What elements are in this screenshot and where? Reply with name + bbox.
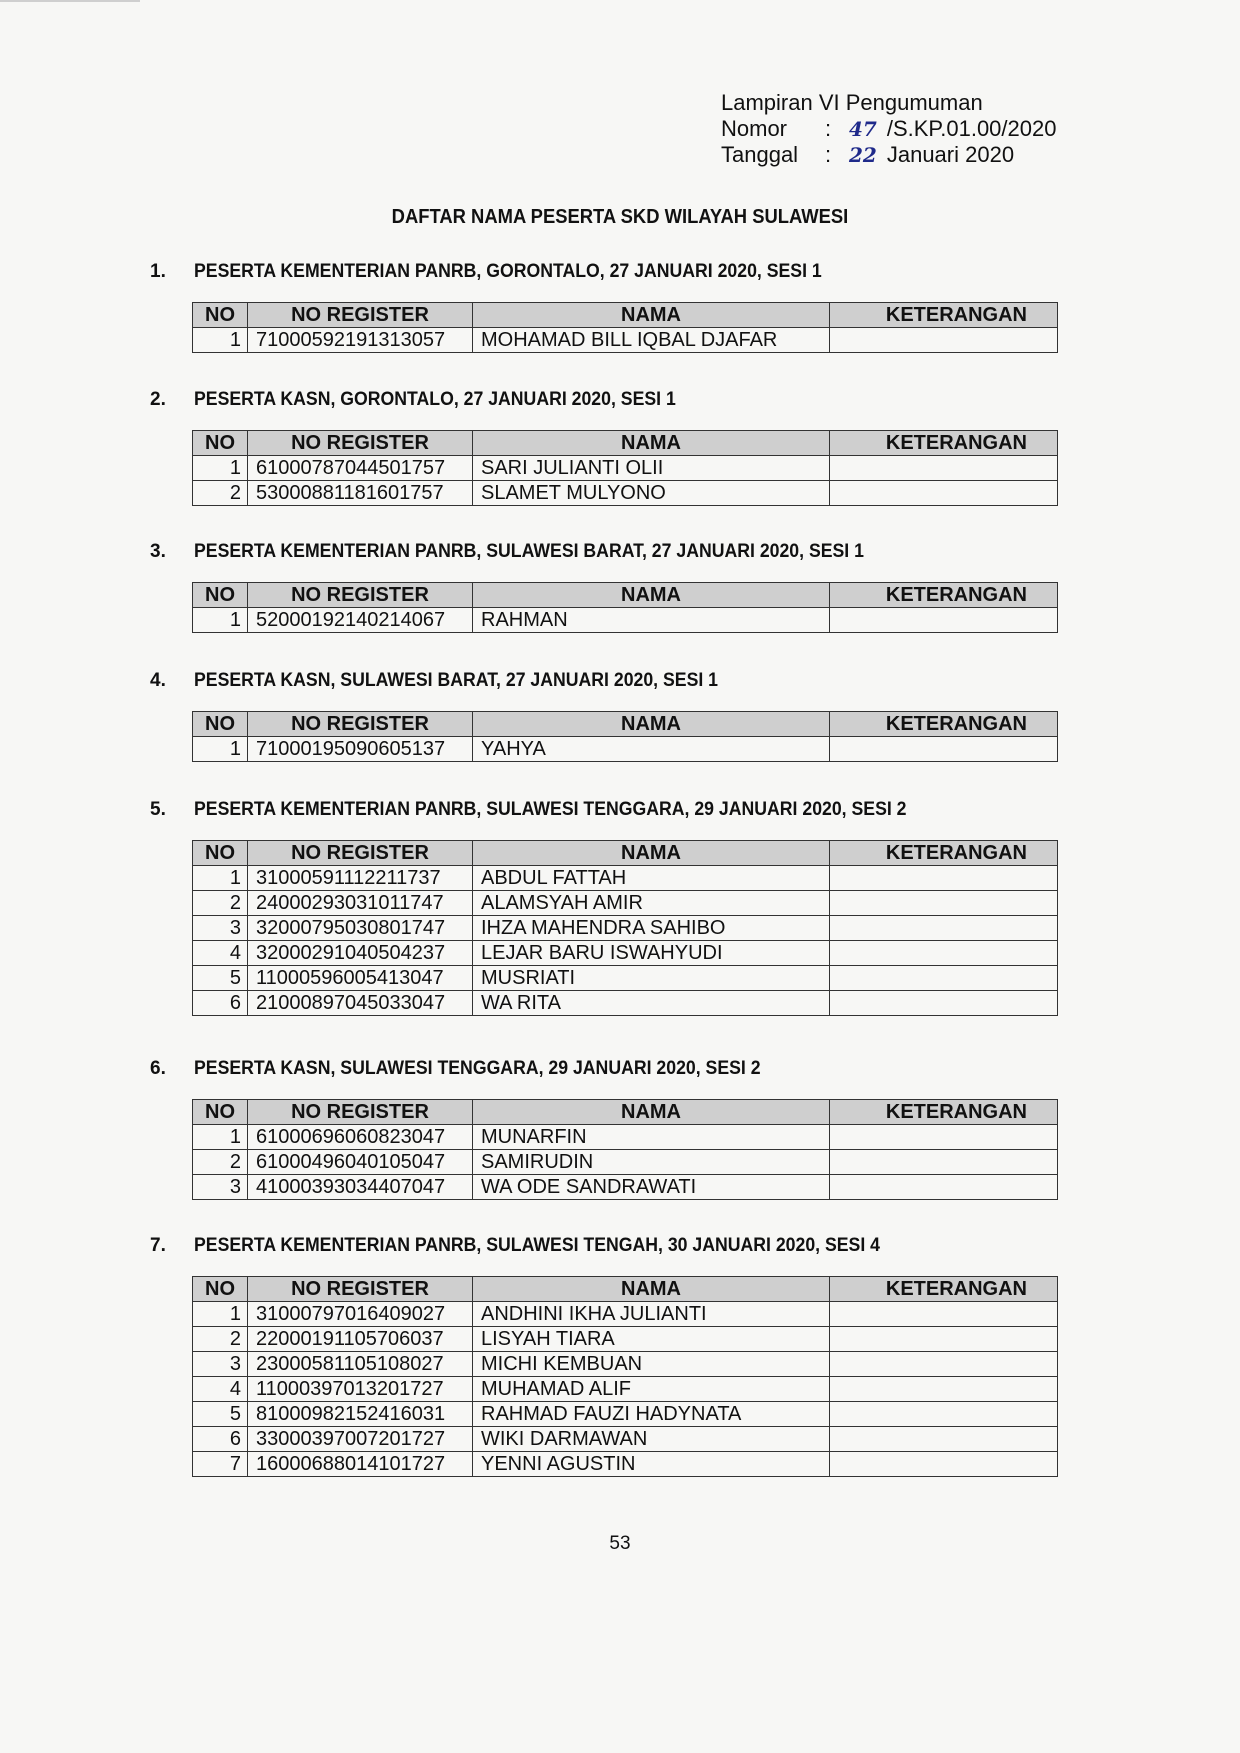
participant-table: NONO REGISTERNAMAKETERANGAN1310007970164… (192, 1276, 1058, 1477)
cell-register: 21000897045033047 (248, 991, 473, 1016)
section-7: 7.PESERTA KEMENTERIAN PANRB, SULAWESI TE… (150, 1232, 1080, 1477)
cell-nama: MUNARFIN (473, 1125, 830, 1150)
cell-register: 24000293031011747 (248, 891, 473, 916)
tanggal-line: Tanggal : 22 Januari 2020 (721, 142, 1056, 168)
cell-no: 1 (193, 737, 248, 762)
col-keterangan: KETERANGAN (830, 583, 1058, 608)
col-no: NO (193, 1277, 248, 1302)
section-heading: 5.PESERTA KEMENTERIAN PANRB, SULAWESI TE… (150, 796, 1080, 824)
cell-register: 52000192140214067 (248, 608, 473, 633)
cell-keterangan (830, 966, 1058, 991)
cell-no: 6 (193, 1427, 248, 1452)
nomor-line: Nomor : 47 /S.KP.01.00/2020 (721, 116, 1056, 142)
table-header-row: NONO REGISTERNAMAKETERANGAN (193, 583, 1058, 608)
table-header-row: NONO REGISTERNAMAKETERANGAN (193, 303, 1058, 328)
cell-nama: WIKI DARMAWAN (473, 1427, 830, 1452)
table-row: 411000397013201727MUHAMAD ALIF (193, 1377, 1058, 1402)
cell-nama: MUHAMAD ALIF (473, 1377, 830, 1402)
table-row: 161000787044501757SARI JULIANTI OLII (193, 456, 1058, 481)
cell-nama: YAHYA (473, 737, 830, 762)
cell-nama: IHZA MAHENDRA SAHIBO (473, 916, 830, 941)
section-number: 7. (150, 1235, 194, 1257)
cell-register: 53000881181601757 (248, 481, 473, 506)
section-title: PESERTA KEMENTERIAN PANRB, SULAWESI BARA… (194, 541, 864, 563)
cell-keterangan (830, 1175, 1058, 1200)
table-row: 261000496040105047SAMIRUDIN (193, 1150, 1058, 1175)
participant-table: NONO REGISTERNAMAKETERANGAN1710005921913… (192, 302, 1058, 353)
cell-nama: RAHMAN (473, 608, 830, 633)
cell-keterangan (830, 608, 1058, 633)
page-edge (0, 0, 140, 2)
cell-register: 31000797016409027 (248, 1302, 473, 1327)
cell-no: 3 (193, 1175, 248, 1200)
cell-nama: ABDUL FATTAH (473, 866, 830, 891)
cell-no: 1 (193, 866, 248, 891)
cell-no: 6 (193, 991, 248, 1016)
cell-keterangan (830, 916, 1058, 941)
cell-keterangan (830, 456, 1058, 481)
cell-nama: SARI JULIANTI OLII (473, 456, 830, 481)
section-heading: 6.PESERTA KASN, SULAWESI TENGGARA, 29 JA… (150, 1055, 1080, 1083)
table-row: 224000293031011747ALAMSYAH AMIR (193, 891, 1058, 916)
col-keterangan: KETERANGAN (830, 303, 1058, 328)
cell-no: 2 (193, 1150, 248, 1175)
nomor-label: Nomor (721, 116, 825, 142)
section-4: 4.PESERTA KASN, SULAWESI BARAT, 27 JANUA… (150, 667, 1080, 762)
table-row: 621000897045033047WA RITA (193, 991, 1058, 1016)
cell-no: 1 (193, 608, 248, 633)
col-nama: NAMA (473, 841, 830, 866)
cell-no: 1 (193, 328, 248, 353)
cell-keterangan (830, 1302, 1058, 1327)
section-title: PESERTA KASN, GORONTALO, 27 JANUARI 2020… (194, 389, 676, 411)
section-heading: 3.PESERTA KEMENTERIAN PANRB, SULAWESI BA… (150, 538, 1080, 566)
col-nama: NAMA (473, 583, 830, 608)
col-no: NO (193, 303, 248, 328)
cell-no: 3 (193, 1352, 248, 1377)
cell-no: 4 (193, 1377, 248, 1402)
col-register: NO REGISTER (248, 1100, 473, 1125)
table-row: 432000291040504237LEJAR BARU ISWAHYUDI (193, 941, 1058, 966)
cell-no: 5 (193, 1402, 248, 1427)
section-title: PESERTA KASN, SULAWESI BARAT, 27 JANUARI… (194, 670, 718, 692)
col-no: NO (193, 1100, 248, 1125)
section-number: 1. (150, 261, 194, 283)
table-header-row: NONO REGISTERNAMAKETERANGAN (193, 1277, 1058, 1302)
cell-keterangan (830, 1427, 1058, 1452)
cell-keterangan (830, 328, 1058, 353)
cell-register: 22000191105706037 (248, 1327, 473, 1352)
participant-table: NONO REGISTERNAMAKETERANGAN1610006960608… (192, 1099, 1058, 1200)
section-heading: 1.PESERTA KEMENTERIAN PANRB, GORONTALO, … (150, 258, 1080, 286)
cell-nama: MICHI KEMBUAN (473, 1352, 830, 1377)
cell-nama: ANDHINI IKHA JULIANTI (473, 1302, 830, 1327)
nomor-value: /S.KP.01.00/2020 (887, 116, 1057, 142)
colon: : (825, 116, 849, 142)
col-no: NO (193, 431, 248, 456)
col-no: NO (193, 841, 248, 866)
cell-register: 61000496040105047 (248, 1150, 473, 1175)
col-register: NO REGISTER (248, 431, 473, 456)
col-nama: NAMA (473, 303, 830, 328)
attachment-line: Lampiran VI Pengumuman (721, 90, 1056, 116)
cell-no: 1 (193, 1302, 248, 1327)
cell-register: 23000581105108027 (248, 1352, 473, 1377)
section-number: 6. (150, 1058, 194, 1080)
table-header-row: NONO REGISTERNAMAKETERANGAN (193, 431, 1058, 456)
col-keterangan: KETERANGAN (830, 841, 1058, 866)
col-register: NO REGISTER (248, 712, 473, 737)
cell-keterangan (830, 1352, 1058, 1377)
section-heading: 2.PESERTA KASN, GORONTALO, 27 JANUARI 20… (150, 386, 1080, 414)
table-header-row: NONO REGISTERNAMAKETERANGAN (193, 1100, 1058, 1125)
cell-no: 4 (193, 941, 248, 966)
col-nama: NAMA (473, 431, 830, 456)
col-register: NO REGISTER (248, 303, 473, 328)
cell-no: 1 (193, 456, 248, 481)
col-register: NO REGISTER (248, 583, 473, 608)
section-title: PESERTA KASN, SULAWESI TENGGARA, 29 JANU… (194, 1058, 761, 1080)
cell-keterangan (830, 866, 1058, 891)
section-title: PESERTA KEMENTERIAN PANRB, GORONTALO, 27… (194, 261, 822, 283)
table-row: 633000397007201727WIKI DARMAWAN (193, 1427, 1058, 1452)
cell-keterangan (830, 1452, 1058, 1477)
cell-nama: SAMIRUDIN (473, 1150, 830, 1175)
section-number: 3. (150, 541, 194, 563)
cell-keterangan (830, 1377, 1058, 1402)
table-row: 332000795030801747IHZA MAHENDRA SAHIBO (193, 916, 1058, 941)
cell-register: 41000393034407047 (248, 1175, 473, 1200)
cell-nama: LEJAR BARU ISWAHYUDI (473, 941, 830, 966)
col-keterangan: KETERANGAN (830, 712, 1058, 737)
participant-table: NONO REGISTERNAMAKETERANGAN1310005911122… (192, 840, 1058, 1016)
col-keterangan: KETERANGAN (830, 1100, 1058, 1125)
col-register: NO REGISTER (248, 841, 473, 866)
tanggal-handwritten: 22 (849, 142, 877, 168)
cell-nama: MUSRIATI (473, 966, 830, 991)
cell-nama: RAHMAD FAUZI HADYNATA (473, 1402, 830, 1427)
col-keterangan: KETERANGAN (830, 1277, 1058, 1302)
table-row: 222000191105706037LISYAH TIARA (193, 1327, 1058, 1352)
cell-no: 2 (193, 891, 248, 916)
cell-keterangan (830, 1125, 1058, 1150)
section-2: 2.PESERTA KASN, GORONTALO, 27 JANUARI 20… (150, 386, 1080, 506)
cell-keterangan (830, 1150, 1058, 1175)
cell-register: 33000397007201727 (248, 1427, 473, 1452)
section-title: PESERTA KEMENTERIAN PANRB, SULAWESI TENG… (194, 1235, 880, 1257)
cell-register: 61000787044501757 (248, 456, 473, 481)
nomor-handwritten: 47 (849, 116, 877, 142)
document-header: Lampiran VI Pengumuman Nomor : 47 /S.KP.… (721, 90, 1056, 168)
table-row: 253000881181601757SLAMET MULYONO (193, 481, 1058, 506)
cell-keterangan (830, 941, 1058, 966)
cell-no: 2 (193, 1327, 248, 1352)
table-row: 341000393034407047WA ODE SANDRAWATI (193, 1175, 1058, 1200)
attachment-label: Lampiran VI Pengumuman (721, 90, 983, 116)
cell-nama: MOHAMAD BILL IQBAL DJAFAR (473, 328, 830, 353)
table-row: 716000688014101727YENNI AGUSTIN (193, 1452, 1058, 1477)
cell-keterangan (830, 737, 1058, 762)
cell-register: 32000795030801747 (248, 916, 473, 941)
table-row: 131000797016409027ANDHINI IKHA JULIANTI (193, 1302, 1058, 1327)
col-register: NO REGISTER (248, 1277, 473, 1302)
participant-table: NONO REGISTERNAMAKETERANGAN1520001921402… (192, 582, 1058, 633)
cell-nama: ALAMSYAH AMIR (473, 891, 830, 916)
section-3: 3.PESERTA KEMENTERIAN PANRB, SULAWESI BA… (150, 538, 1080, 633)
section-heading: 4.PESERTA KASN, SULAWESI BARAT, 27 JANUA… (150, 667, 1080, 695)
cell-keterangan (830, 481, 1058, 506)
cell-nama: YENNI AGUSTIN (473, 1452, 830, 1477)
cell-register: 11000397013201727 (248, 1377, 473, 1402)
table-row: 171000195090605137YAHYA (193, 737, 1058, 762)
cell-no: 7 (193, 1452, 248, 1477)
section-number: 4. (150, 670, 194, 692)
tanggal-value: Januari 2020 (887, 142, 1014, 168)
cell-register: 61000696060823047 (248, 1125, 473, 1150)
col-no: NO (193, 712, 248, 737)
section-6: 6.PESERTA KASN, SULAWESI TENGGARA, 29 JA… (150, 1055, 1080, 1200)
cell-register: 31000591112211737 (248, 866, 473, 891)
table-header-row: NONO REGISTERNAMAKETERANGAN (193, 841, 1058, 866)
cell-nama: WA RITA (473, 991, 830, 1016)
table-row: 171000592191313057MOHAMAD BILL IQBAL DJA… (193, 328, 1058, 353)
cell-keterangan (830, 891, 1058, 916)
section-1: 1.PESERTA KEMENTERIAN PANRB, GORONTALO, … (150, 258, 1080, 353)
cell-no: 1 (193, 1125, 248, 1150)
cell-register: 71000592191313057 (248, 328, 473, 353)
section-number: 2. (150, 389, 194, 411)
table-row: 152000192140214067RAHMAN (193, 608, 1058, 633)
cell-register: 81000982152416031 (248, 1402, 473, 1427)
col-nama: NAMA (473, 712, 830, 737)
cell-nama: WA ODE SANDRAWATI (473, 1175, 830, 1200)
cell-keterangan (830, 991, 1058, 1016)
cell-register: 16000688014101727 (248, 1452, 473, 1477)
colon: : (825, 142, 849, 168)
cell-register: 11000596005413047 (248, 966, 473, 991)
cell-nama: LISYAH TIARA (473, 1327, 830, 1352)
col-no: NO (193, 583, 248, 608)
table-header-row: NONO REGISTERNAMAKETERANGAN (193, 712, 1058, 737)
page-number: 53 (0, 1533, 1240, 1555)
tanggal-label: Tanggal (721, 142, 825, 168)
participant-table: NONO REGISTERNAMAKETERANGAN1610007870445… (192, 430, 1058, 506)
section-5: 5.PESERTA KEMENTERIAN PANRB, SULAWESI TE… (150, 796, 1080, 1016)
table-row: 581000982152416031RAHMAD FAUZI HADYNATA (193, 1402, 1058, 1427)
col-nama: NAMA (473, 1277, 830, 1302)
cell-no: 5 (193, 966, 248, 991)
section-heading: 7.PESERTA KEMENTERIAN PANRB, SULAWESI TE… (150, 1232, 1080, 1260)
table-row: 161000696060823047MUNARFIN (193, 1125, 1058, 1150)
cell-keterangan (830, 1327, 1058, 1352)
cell-no: 2 (193, 481, 248, 506)
table-row: 323000581105108027MICHI KEMBUAN (193, 1352, 1058, 1377)
col-keterangan: KETERANGAN (830, 431, 1058, 456)
cell-no: 3 (193, 916, 248, 941)
table-row: 131000591112211737ABDUL FATTAH (193, 866, 1058, 891)
cell-register: 71000195090605137 (248, 737, 473, 762)
participant-table: NONO REGISTERNAMAKETERANGAN1710001950906… (192, 711, 1058, 762)
col-nama: NAMA (473, 1100, 830, 1125)
cell-keterangan (830, 1402, 1058, 1427)
table-row: 511000596005413047MUSRIATI (193, 966, 1058, 991)
cell-nama: SLAMET MULYONO (473, 481, 830, 506)
section-title: PESERTA KEMENTERIAN PANRB, SULAWESI TENG… (194, 799, 906, 821)
section-number: 5. (150, 799, 194, 821)
document-title: DAFTAR NAMA PESERTA SKD WILAYAH SULAWESI (50, 206, 1191, 229)
cell-register: 32000291040504237 (248, 941, 473, 966)
